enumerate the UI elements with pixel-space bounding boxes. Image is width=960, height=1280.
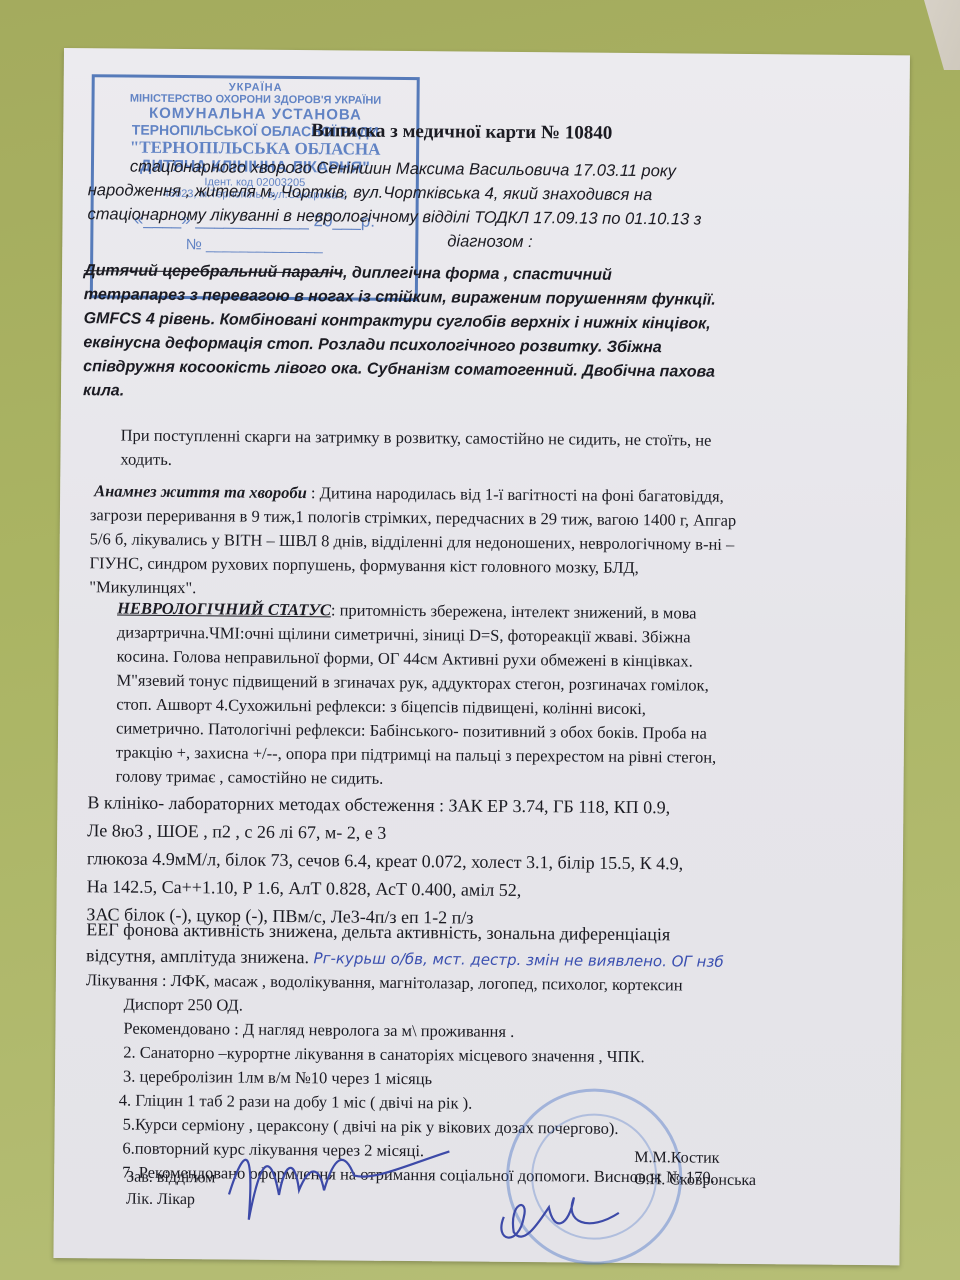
neuro-status-block: НЕВРОЛОГІЧНИЙ СТАТУС: притомність збереж… <box>88 596 908 795</box>
complaints-block: При поступленні скарги на затримку в роз… <box>90 423 910 478</box>
signature-labels: Зав. відділом Лік. Лікар <box>126 1167 216 1212</box>
signature-doctor-icon <box>494 1162 625 1253</box>
diagnosis-text: , диплегічна форма , спастичний <box>343 264 612 283</box>
eeg-block: ЕЕГ фонова активність знижена, дельта ак… <box>86 916 876 976</box>
diagnosis-block: Дитячий церебральний параліч, диплегічна… <box>83 259 884 410</box>
wall-corner <box>920 0 960 70</box>
head-of-department-label: Зав. відділом <box>126 1167 215 1190</box>
signature-head-icon <box>224 1124 455 1236</box>
neuro-text: : притомність збережена, інтелект знижен… <box>331 600 697 622</box>
attending-doctor-label: Лік. Лікар <box>126 1189 215 1212</box>
anamnesis-label: Анамнез життя та хвороби <box>90 481 307 502</box>
medical-document: УКРАЇНА МІНІСТЕРСТВО ОХОРОНИ ЗДОРОВ'Я УК… <box>53 48 910 1265</box>
neuro-status-label: НЕВРОЛОГІЧНИЙ СТАТУС <box>117 598 331 619</box>
lab-results-block: В клініко- лабораторних методах обстежен… <box>86 788 877 935</box>
eeg-text: відсутня, амплітуда знижена. <box>86 945 309 967</box>
head-of-department-name: М.М.Костик <box>634 1147 756 1170</box>
anamnesis-text: : Дитина народилась від 1-ї вагітності н… <box>307 483 724 506</box>
treatment-block: Лікування : ЛФК, масаж , водолікування, … <box>86 968 876 1023</box>
anamnesis-block: Анамнез життя та хвороби : Дитина народи… <box>89 479 880 606</box>
attending-doctor-name: О.Н. Сковронська <box>634 1169 756 1192</box>
signature-names: М.М.Костик О.Н. Сковронська <box>634 1147 756 1192</box>
document-title: Виписка з медичної карти № 10840 <box>311 120 612 145</box>
diagnosis-struck-text: Дитячий церебральний параліч <box>84 262 343 281</box>
handwritten-note: Рг-курьш о/бв, мст. дестр. змін не виявл… <box>314 949 724 971</box>
patient-intro: стаціонарного хворого Сеніншин Максима В… <box>87 154 878 257</box>
